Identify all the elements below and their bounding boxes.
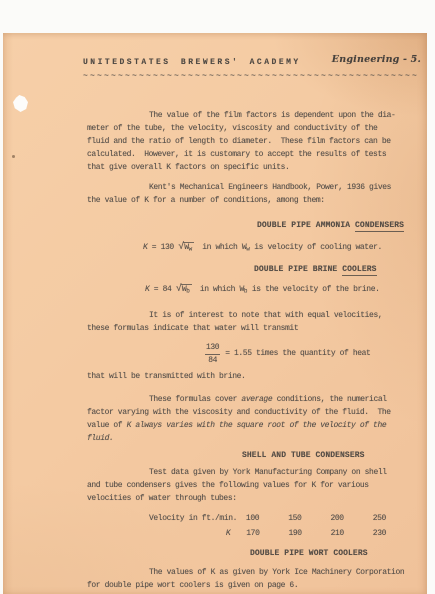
fraction: 13084 xyxy=(205,343,220,366)
para4-italic-square-root: K always varies with the square root of … xyxy=(87,421,386,443)
velocity-row-label: Velocity in ft./min. xyxy=(149,511,238,526)
fraction-numerator: 130 xyxy=(205,343,220,355)
radicand-subscript: w xyxy=(189,246,193,253)
document-page: UNITEDSTATES BREWERS' ACADEMY Engineerin… xyxy=(3,33,427,594)
heading-brine-underlined: COOLERS xyxy=(342,265,376,276)
heading-shell-tube-condensers: SHELL AND TUBE CONDENSERS xyxy=(242,449,407,462)
velocity-value: 150 xyxy=(280,511,322,526)
para4-text: These formulas cover xyxy=(149,395,241,404)
heading-brine-coolers: DOUBLE PIPE BRINE COOLERS xyxy=(254,263,407,276)
formula-brine: K = 84 √Wbin which Wb is the velocity of… xyxy=(145,283,407,296)
paragraph-wort-coolers: The values of K as given by York Ice Mac… xyxy=(87,566,407,592)
table-row-k: K 170 190 210 230 xyxy=(149,526,407,541)
k-value: 190 xyxy=(280,526,322,541)
formula-description-tail: is the velocity of the brine. xyxy=(247,285,379,294)
velocity-value: 100 xyxy=(238,511,280,526)
formula-equals: = 130 xyxy=(147,243,178,252)
heading-ammonia-underlined: CONDENSERS xyxy=(355,221,404,232)
velocity-value: 200 xyxy=(322,511,364,526)
formula-description-tail: is velocity of cooling water. xyxy=(250,243,382,252)
formula-ammonia: K = 130 √Wwin which Ww is velocity of co… xyxy=(143,241,407,254)
paragraph-kents-handbook: Kent's Mechanical Engineers Handbook, Po… xyxy=(87,181,407,207)
paragraph-equal-velocities: It is of interest to note that with equa… xyxy=(87,309,407,335)
k-values-table: Velocity in ft./min. 100 150 200 250 K 1… xyxy=(149,511,407,541)
fraction-result: = 1.55 times the quantity of heat xyxy=(225,349,370,358)
paragraph-film-factors: The value of the film factors is depende… xyxy=(87,109,407,174)
page-content: UNITEDSTATES BREWERS' ACADEMY Engineerin… xyxy=(3,33,427,592)
heading-ammonia-plain: DOUBLE PIPE AMMONIA xyxy=(257,221,355,230)
paragraph-average-conditions: These formulas cover average conditions,… xyxy=(87,393,407,445)
k-value: 170 xyxy=(238,526,280,541)
formula-description: in which W xyxy=(200,285,244,294)
academy-title: UNITEDSTATES BREWERS' ACADEMY xyxy=(83,58,301,67)
heading-wort-coolers: DOUBLE PIPE WORT COOLERS xyxy=(250,547,407,560)
course-label: Engineering - 5. xyxy=(332,53,421,66)
fraction-denominator: 84 xyxy=(205,355,220,366)
fraction-line: 13084= 1.55 times the quantity of heat xyxy=(205,341,407,367)
table-row-velocity: Velocity in ft./min. 100 150 200 250 xyxy=(149,511,407,526)
paragraph-york-test-data: Test data given by York Manufacturing Co… xyxy=(87,466,407,505)
heading-brine-plain: DOUBLE PIPE BRINE xyxy=(254,265,342,274)
k-value: 210 xyxy=(323,526,365,541)
formula-equals: = 84 xyxy=(149,285,175,294)
heading-ammonia-condensers: DOUBLE PIPE AMMONIA CONDENSERS xyxy=(257,219,407,232)
radicand: Wb xyxy=(181,284,192,294)
tilde-divider: ~~~~~~~~~~~~~~~~~~~~~~~~~~~~~~~~~~~~~~~~… xyxy=(83,70,407,83)
scan-background: UNITEDSTATES BREWERS' ACADEMY Engineerin… xyxy=(0,0,435,594)
paragraph-brine-transmit: that will be transmitted with brine. xyxy=(87,370,407,383)
formula-description: in which W xyxy=(202,243,246,252)
radicand: Ww xyxy=(183,242,194,252)
k-value: 230 xyxy=(365,526,407,541)
para4-italic-average: average xyxy=(241,395,272,404)
velocity-value: 250 xyxy=(365,511,407,526)
k-row-label: K xyxy=(149,526,238,541)
page-header: UNITEDSTATES BREWERS' ACADEMY Engineerin… xyxy=(83,33,407,68)
radicand-subscript: b xyxy=(186,288,190,295)
